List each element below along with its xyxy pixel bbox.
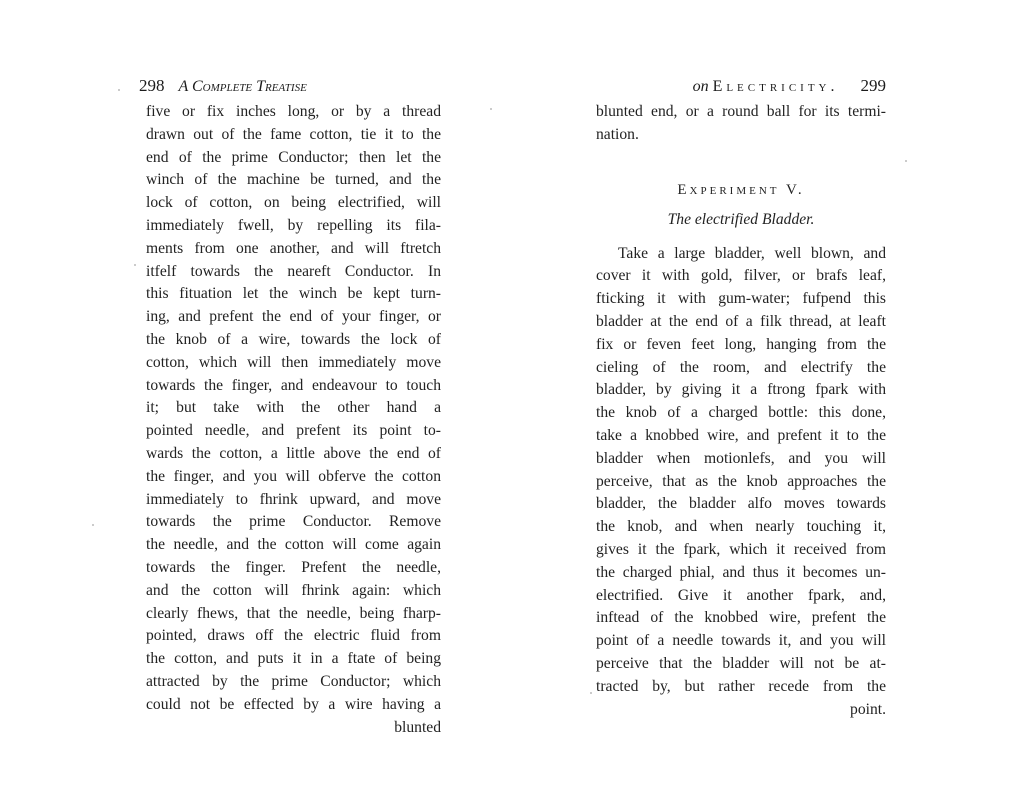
scan-speck	[118, 89, 120, 91]
text-line: immediately fwell, by repelling its fila…	[146, 215, 441, 238]
text-line: bladder, by giving it a ftrong fpark wit…	[596, 379, 886, 402]
experiment-heading: Experiment V.	[596, 179, 886, 201]
page-number-left: 298	[139, 76, 165, 95]
text-line: fix or feven feet long, hanging from the	[596, 334, 886, 357]
text-line: tracted by, but rather recede from the	[596, 676, 886, 699]
right-body-text: blunted end, or a round ball for its ter…	[596, 101, 886, 721]
text-line: the cotton, and puts it in a ftate of be…	[146, 648, 441, 671]
text-line: cotton, which will then immediately move	[146, 352, 441, 375]
text-line: fticking it with gum-water; fufpend this	[596, 288, 886, 311]
text-line: the finger, and you will obferve the cot…	[146, 466, 441, 489]
text-line: lock of cotton, on being electrified, wi…	[146, 192, 441, 215]
text-line: the knob of a charged bottle: this done,	[596, 402, 886, 425]
text-line: electrified. Give it another fpark, and,	[596, 585, 886, 608]
text-line: bladder when motionlefs, and you will	[596, 448, 886, 471]
text-line: towards the finger, and endeavour to tou…	[146, 375, 441, 398]
text-line: Take a large bladder, well blown, and	[596, 243, 886, 266]
text-line: towards the prime Conductor. Remove	[146, 511, 441, 534]
text-line: pointed needle, and prefent its point to…	[146, 420, 441, 443]
running-head-prefix: on	[693, 78, 709, 95]
text-line: and the cotton will fhrink again: which	[146, 580, 441, 603]
text-line: cover it with gold, filver, or brafs lea…	[596, 265, 886, 288]
text-line: inftead of the knobbed wire, prefent the	[596, 607, 886, 630]
text-line: perceive that the bladder will not be at…	[596, 653, 886, 676]
scan-speck	[905, 160, 907, 162]
running-head-title-left: A Complete Treatise	[179, 78, 307, 95]
text-line: blunted end, or a round ball for its ter…	[596, 101, 886, 124]
text-line: the knob, and when nearly touching it,	[596, 516, 886, 539]
text-line: the knob of a wire, towards the lock of	[146, 329, 441, 352]
text-line: perceive, that as the knob approaches th…	[596, 471, 886, 494]
page-number-right: 299	[861, 76, 887, 95]
text-line: five or fix inches long, or by a thread	[146, 101, 441, 124]
text-line: towards the finger. Prefent the needle,	[146, 557, 441, 580]
left-running-head: 298 A Complete Treatise	[139, 76, 441, 96]
text-line: wards the cotton, a little above the end…	[146, 443, 441, 466]
scan-speck	[92, 524, 94, 526]
text-line: bladder, the bladder alfo moves towards	[596, 493, 886, 516]
text-line: ing, and prefent the end of your finger,…	[146, 306, 441, 329]
running-head-title-right: Electricity.	[713, 78, 839, 95]
left-body-text: five or fix inches long, or by a thread …	[146, 101, 441, 739]
text-line: winch of the machine be turned, and the	[146, 169, 441, 192]
text-line: this fituation let the winch be kept tur…	[146, 283, 441, 306]
text-line: ments from one another, and will ftretch	[146, 238, 441, 261]
scan-speck	[490, 108, 492, 110]
right-running-head: on Electricity. 299	[596, 76, 886, 96]
experiment-subtitle: The electrified Bladder.	[596, 209, 886, 231]
text-line: immediately to fhrink upward, and move	[146, 489, 441, 512]
text-line: clearly fhews, that the needle, being fh…	[146, 603, 441, 626]
text-line: take a knobbed wire, and prefent it to t…	[596, 425, 886, 448]
text-line: the charged phial, and thus it becomes u…	[596, 562, 886, 585]
text-line: drawn out of the fame cotton, tie it to …	[146, 124, 441, 147]
scan-speck	[134, 264, 136, 266]
text-line: gives it the fpark, which it received fr…	[596, 539, 886, 562]
catchword: blunted	[146, 717, 441, 740]
scan-speck	[590, 692, 592, 694]
text-line: cieling of the room, and electrify the	[596, 357, 886, 380]
text-line: end of the prime Conductor; then let the	[146, 147, 441, 170]
catchword: point.	[596, 699, 886, 722]
text-line: could not be effected by a wire having a	[146, 694, 441, 717]
text-line: it; but take with the other hand a	[146, 397, 441, 420]
text-line: attracted by the prime Conductor; which	[146, 671, 441, 694]
text-line: point of a needle towards it, and you wi…	[596, 630, 886, 653]
text-line: itfelf towards the neareft Conductor. In	[146, 261, 441, 284]
text-line: the needle, and the cotton will come aga…	[146, 534, 441, 557]
text-line: nation.	[596, 124, 886, 147]
text-line: pointed, draws off the electric fluid fr…	[146, 625, 441, 648]
text-line: bladder at the end of a filk thread, at …	[596, 311, 886, 334]
